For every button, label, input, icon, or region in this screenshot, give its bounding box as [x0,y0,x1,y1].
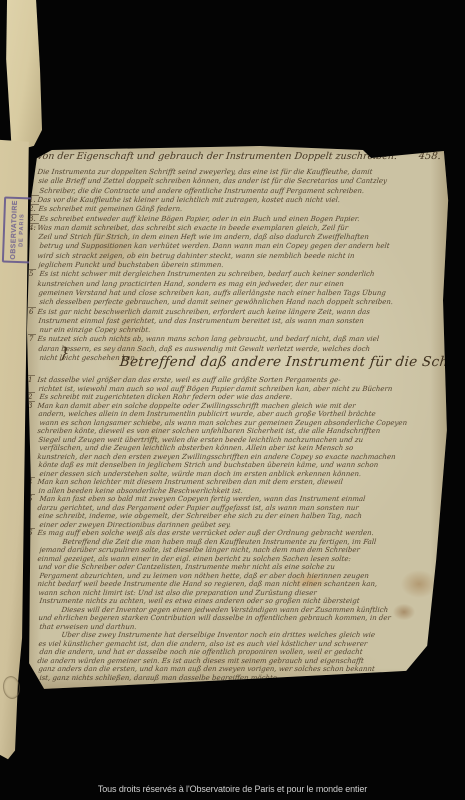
handwritten-line: Es schreibt mit zugerichteten dicken Roh… [39,393,442,401]
handwritten-line: in allen beeden keine absonderliche Besc… [38,487,441,495]
handwritten-line: Betreffend die Zeit die man haben muß de… [38,538,465,546]
handwritten-line: einer dessen sich understehen solte, wür… [39,470,442,478]
handwritten-line: einer oder zweyen Directionibus darinnen… [39,521,442,529]
handwritten-line: dan die andern, und hat er dasselbe noch… [39,648,442,656]
handwritten-line: nicht bedarf weil beede Instrumente die … [37,580,440,588]
archive-photo-background: OBSERVATOIRE DE PARIS Von der Eigenschaf… [0,0,465,800]
margin-item-number: 4 [27,477,35,486]
handwritten-line: eine schreibt, indeme, wie obgemelt, der… [38,512,441,520]
handwritten-line: kunstreichen und lang practicirten Hand,… [37,280,440,288]
margin-item-number: 7 [28,334,36,343]
margin-item-number: 6 [27,528,35,537]
folio-number: 458. [418,151,441,162]
manuscript-page: Von der Eigenschaft und gebrauch der Ins… [24,144,452,690]
handwritten-line: andern, welches allein in dem Instrument… [38,410,441,418]
handwritten-line: Zeil und Strich für Strich, in dem einen… [38,233,441,241]
handwritten-line: Es nutzet sich auch nichts ab, wann mans… [37,335,440,343]
margin-item-number: 6 [28,307,36,316]
handwritten-line: Das vor die Kauffleuthe ist kleiner und … [37,196,440,204]
handwritten-line: Es schreibet entweder auff kleine Bögen … [39,215,442,223]
handwritten-line: und vor die Schreiber oder Cantzelisten,… [38,563,441,571]
handwritten-line: Ist dasselbe viel größer dan das erste, … [37,376,440,384]
handwritten-line: sie alle Brieff und Zettel doppelt schre… [38,177,441,185]
handwritten-line: Instrument einmal fast gerichtet, und da… [38,317,441,325]
handwritten-line: gemeinen Verstand hat und close schreibe… [38,289,441,297]
handwritten-line: ganz anders dan die ersten, und kan man … [38,665,441,673]
handwritten-line: wann es schon langsamer schiebe, als wan… [39,419,442,427]
handwritten-line: Es schreibet mit gemeinen Gänß federn. [38,205,441,213]
handwritten-line: Man kan damit aber ein solche doppelte o… [37,402,440,410]
stamp-text-line2: DE PARIS [18,213,26,247]
margin-item-number: 3 [27,401,35,410]
handwritten-line: Dieses will der Inventor gegen einen jed… [37,606,464,614]
handwritten-line: darzu gerichtet, und das Pergament oder … [37,504,440,512]
handwritten-line: einmal gezeiget, als wann einer in der e… [37,555,440,563]
handwritten-line: nicht leicht geschehen kan. [39,354,442,362]
adjacent-folio-edge-top [0,0,44,152]
handwritten-line: wird sich strackt zeigen, ob ein betrug … [37,252,440,260]
handwritten-line: Was man damit schreibet, das schreibt si… [37,224,440,232]
handwritten-line: es viel künstlicher gemacht ist, dan die… [38,640,441,648]
handwritten-line: Man kan schon leichter mit diesem Instru… [37,478,440,486]
margin-item-number: 5 [28,269,36,278]
margin-item-number: 1 [27,375,35,384]
handwritten-line: betrug und Suppositionen kan verhütet we… [39,242,442,250]
handwritten-line: Schreiber, die die Contracte und andere … [39,187,442,195]
handwritten-line: jeglichem Punckt und buchstaben überein … [38,261,441,269]
handwritten-line: richtet ist, wiewohl man auch so wol auf… [38,385,441,393]
handwritten-line: Die Instrumenta zur doppelten Schrifft s… [37,168,440,176]
handwritten-line: that erweisen und darthun. [39,623,442,631]
handwritten-line: Uber dise zwey Instrumente hat derselbig… [37,631,464,639]
page-title: Von der Eigenschaft und gebrauch der Ins… [36,151,398,162]
margin-item-number: 5 [27,494,35,503]
handwritten-line: könte daß es mit denselben in jeglichem … [38,461,441,469]
handwritten-line: Siegel und Zeugen weit übertrifft, weile… [38,436,441,444]
handwritten-line: sich desselben perfecte gebrauchen, und … [39,298,442,306]
handwritten-line: verfälschen, und die Zeugen leichtlich a… [39,444,442,452]
handwritten-line: Pergament abzurichten, und zu leimen von… [39,572,442,580]
handwritten-line: schreiben könte, dieweil es von einer so… [37,427,440,435]
handwritten-line: wann schon nicht limirt ist: Und ist als… [38,589,441,597]
handwritten-line: Instrumente nichts zu achten, weil es et… [39,597,442,605]
ink-smear-mark [382,146,430,151]
handwritten-line: Es mag auff eben solche weiß als das ers… [37,529,440,537]
handwritten-line: ist, ganz nichts schließen, darauß man d… [39,674,442,682]
handwritten-line: Es ist nicht schwer mit dergleichen Inst… [39,270,442,278]
handwritten-line: Man kan fast eben so bald mit zweyen Cop… [39,495,442,503]
handwritten-line: Es ist gar nicht beschwerlich damit zusc… [37,308,440,316]
handwritten-line: nur ein einzige Copey schreibt. [39,326,442,334]
handwritten-line: kunstreich, der nach den ersten zweyen Z… [37,453,440,461]
handwritten-line: die andern würden gemeiner sein. Es ist … [37,657,440,665]
handwritten-line: daran bessern, es sey dann Sach, daß es … [38,345,441,353]
handwritten-line: und ehrlichen begeren starken Contributi… [38,614,441,622]
footer-credit: Tous droits réservés à l'Observatoire de… [0,784,465,794]
handwritten-line: jemand darüber scrupuliren solte, ist di… [39,546,442,554]
